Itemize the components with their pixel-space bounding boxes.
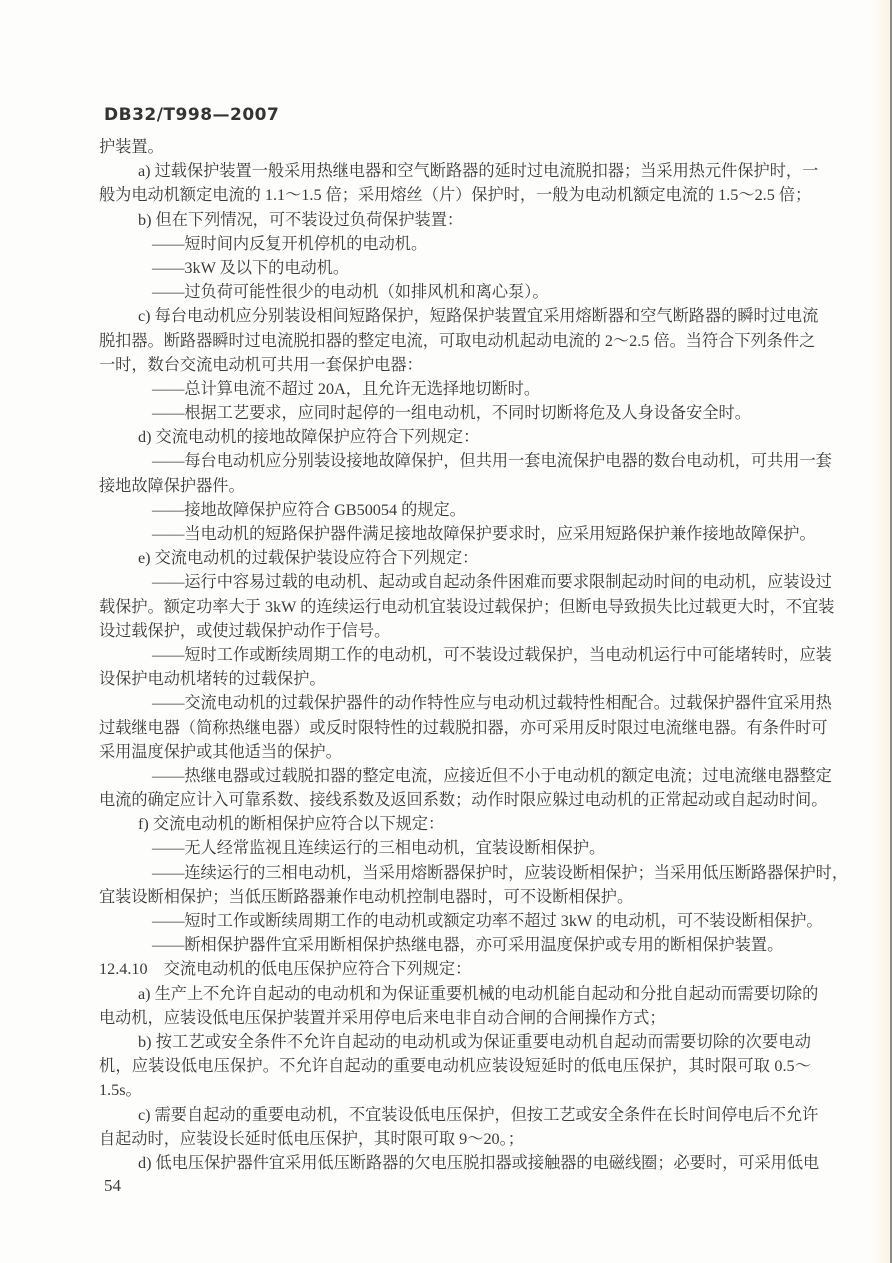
text-line: b) 但在下列情况，可不装设过负荷保护装置： <box>99 208 811 232</box>
text-line: 接地故障保护器件。 <box>99 474 811 498</box>
text-line: 电动机，应装设低电压保护装置并采用停电后来电非自动合闸的合闸操作方式； <box>99 1006 811 1030</box>
text-line: 一时，数台交流电动机可共用一套保护电器： <box>99 353 811 377</box>
text-line: ——连续运行的三相电动机，当采用熔断器保护时，应装设断相保护；当采用低压断路器保… <box>99 861 811 885</box>
text-line: 设过载保护，或使过载保护动作于信号。 <box>99 619 811 643</box>
text-line: 般为电动机额定电流的 1.1～1.5 倍；采用熔丝（片）保护时，一般为电动机额定… <box>99 183 811 207</box>
text-line: ——当电动机的短路保护器件满足接地故障保护要求时，应采用短路保护兼作接地故障保护… <box>99 522 811 546</box>
text-line: ——短时工作或断续周期工作的电动机或额定功率不超过 3kW 的电动机，可不装设断… <box>99 909 811 933</box>
text-line: 机，应装设低电压保护。不允许自起动的重要电动机应装设短延时的低电压保护，其时限可… <box>99 1054 811 1078</box>
text-line: ——短时间内反复开机停机的电动机。 <box>99 232 811 256</box>
text-line: e) 交流电动机的过载保护装设应符合下列规定： <box>99 546 811 570</box>
text-line: 自起动时，应装设长延时低电压保护，其时限可取 9～20。； <box>99 1127 811 1151</box>
text-line: ——过负荷可能性很少的电动机（如排风机和离心泵）。 <box>99 280 811 304</box>
text-line: ——无人经常监视且连续运行的三相电动机，宜装设断相保护。 <box>99 836 811 860</box>
text-line: c) 每台电动机应分别装设相间短路保护，短路保护装置宜采用熔断器和空气断路器的瞬… <box>99 304 811 328</box>
scan-edge-line <box>890 0 892 1263</box>
text-line: a) 过载保护装置一般采用热继电器和空气断路器的延时过电流脱扣器；当采用热元件保… <box>99 159 811 183</box>
page-number: 54 <box>104 1176 121 1196</box>
text-line: 设保护电动机堵转的过载保护。 <box>99 667 811 691</box>
text-line: ——接地故障保护应符合 GB50054 的规定。 <box>99 498 811 522</box>
text-line: ——总计算电流不超过 20A，且允许无选择地切断时。 <box>99 377 811 401</box>
document-page: DB32/T998—2007 护装置。a) 过载保护装置一般采用热继电器和空气断… <box>0 0 893 1263</box>
text-line: ——根据工艺要求，应同时起停的一组电动机，不同时切断将危及人身设备安全时。 <box>99 401 811 425</box>
text-line: b) 按工艺或安全条件不允许自起动的电动机或为保证重要电动机自起动而需要切除的次… <box>99 1030 811 1054</box>
text-line: 采用温度保护或其他适当的保护。 <box>99 740 811 764</box>
document-code: DB32/T998—2007 <box>104 105 279 125</box>
text-line: 电流的确定应计入可靠系数、接线系数及返回系数；动作时限应躲过电动机的正常起动或自… <box>99 788 811 812</box>
text-line: 护装置。 <box>99 135 811 159</box>
document-body: 护装置。a) 过载保护装置一般采用热继电器和空气断路器的延时过电流脱扣器；当采用… <box>99 135 811 1175</box>
text-line: 载保护。额定功率大于 3kW 的连续运行电动机宜装设过载保护；但断电导致损失比过… <box>99 595 811 619</box>
scan-edge-tint <box>870 0 890 1263</box>
text-line: d) 低电压保护器件宜采用低压断路器的欠电压脱扣器或接触器的电磁线圈；必要时，可… <box>99 1151 811 1175</box>
text-line: ——断相保护器件宜采用断相保护热继电器，亦可采用温度保护或专用的断相保护装置。 <box>99 933 811 957</box>
text-line: 过载继电器（简称热继电器）或反时限特性的过载脱扣器，亦可采用反时限过电流继电器。… <box>99 716 811 740</box>
text-line: c) 需要自起动的重要电动机，不宜装设低电压保护，但按工艺或安全条件在长时间停电… <box>99 1103 811 1127</box>
text-line: 12.4.10 交流电动机的低电压保护应符合下列规定： <box>99 957 811 981</box>
text-line: ——3kW 及以下的电动机。 <box>99 256 811 280</box>
text-line: 1.5s。 <box>99 1078 811 1102</box>
text-line: ——交流电动机的过载保护器件的动作特性应与电动机过载特性相配合。过载保护器件宜采… <box>99 691 811 715</box>
text-line: ——热继电器或过载脱扣器的整定电流，应接近但不小于电动机的额定电流；过电流继电器… <box>99 764 811 788</box>
text-line: 宜装设断相保护；当低压断路器兼作电动机控制电器时，可不设断相保护。 <box>99 885 811 909</box>
text-line: a) 生产上不允许自起动的电动机和为保证重要机械的电动机能自起动和分批自起动而需… <box>99 982 811 1006</box>
text-line: ——短时工作或断续周期工作的电动机，可不装设过载保护，当电动机运行中可能堵转时，… <box>99 643 811 667</box>
text-line: f) 交流电动机的断相保护应符合以下规定： <box>99 812 811 836</box>
text-line: d) 交流电动机的接地故障保护应符合下列规定： <box>99 425 811 449</box>
text-line: 脱扣器。断路器瞬时过电流脱扣器的整定电流，可取电动机起动电流的 2～2.5 倍。… <box>99 329 811 353</box>
text-line: ——每台电动机应分别装设接地故障保护，但共用一套电流保护电器的数台电动机，可共用… <box>99 449 811 473</box>
text-line: ——运行中容易过载的电动机、起动或自起动条件困难而要求限制起动时间的电动机，应装… <box>99 570 811 594</box>
